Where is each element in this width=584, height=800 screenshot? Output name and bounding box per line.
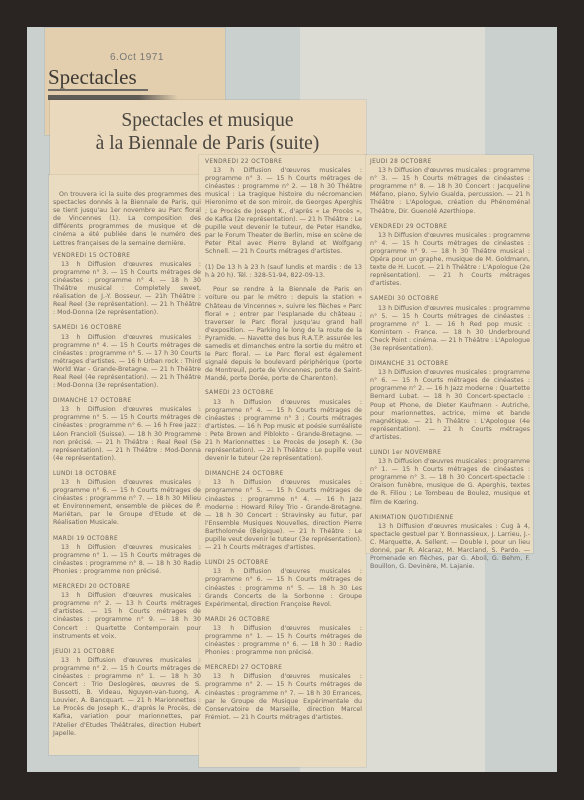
day-program: 13 h Diffusion d'œuvres musicales : prog… — [205, 167, 362, 256]
day-program: 13 h Diffusion d'œuvres musicales : prog… — [53, 479, 201, 528]
day-program: 13 h Diffusion d'œuvres musicales : prog… — [370, 369, 530, 442]
day-heading: ANIMATION QUOTIDIENNE — [370, 514, 530, 522]
title-line-1: Spectacles et musique — [55, 109, 360, 132]
day-program: 13 h Diffusion d'œuvres musicales : prog… — [205, 479, 362, 552]
day-program: 13 h Diffusion d'œuvres musicales : prog… — [53, 544, 201, 576]
day-heading: MARDI 19 OCTOBRE — [53, 535, 201, 543]
day-heading: MERCREDI 27 OCTOBRE — [205, 664, 362, 672]
column-3-schedule: JEUDI 28 OCTOBRE13 h Diffusion d'œuvres … — [370, 158, 530, 571]
day-program: 13 h Diffusion d'œuvres musicales : prog… — [53, 261, 201, 318]
column-1: On trouvera ici la suite des programmes … — [53, 191, 201, 738]
article-title: Spectacles et musique à la Biennale de P… — [55, 109, 360, 155]
day-heading: VENDREDI 29 OCTOBRE — [370, 223, 530, 231]
day-heading: VENDREDI 15 OCTOBRE — [53, 252, 201, 260]
day-program: 13 h Diffusion d'œuvres musicales : prog… — [53, 592, 201, 641]
day-program: 13 h Diffusion d'œuvres musicales : prog… — [370, 305, 530, 354]
day-heading: DIMANCHE 17 OCTOBRE — [53, 397, 201, 405]
day-program: 13 h Diffusion d'œuvres musicales : prog… — [205, 399, 362, 464]
day-program: 13 h Diffusion d'œuvres musicales : prog… — [370, 232, 530, 289]
day-heading: SAMEDI 30 OCTOBRE — [370, 295, 530, 303]
section-heading: Spectacles — [48, 65, 137, 90]
directions-paragraph: Pour se rendre à la Biennale de Paris en… — [205, 286, 362, 383]
day-program: 13 h Diffusion d'œuvres musicales : prog… — [370, 167, 530, 216]
day-heading: VENDREDI 22 OCTOBRE — [205, 158, 362, 166]
day-program: 13 h Diffusion d'œuvres musicales : Cug … — [370, 523, 530, 572]
title-line-2: à la Biennale de Paris (suite) — [55, 132, 360, 155]
column-2b-schedule: SAMEDI 23 OCTOBRE13 h Diffusion d'œuvres… — [205, 389, 362, 721]
footnote: (1) De 13 h à 23 h (sauf lundis et mardi… — [205, 264, 362, 280]
column-3: JEUDI 28 OCTOBRE13 h Diffusion d'œuvres … — [370, 158, 530, 571]
day-heading: DIMANCHE 31 OCTOBRE — [370, 360, 530, 368]
heading-rule — [48, 89, 148, 91]
column-2: VENDREDI 22 OCTOBRE13 h Diffusion d'œuvr… — [205, 158, 362, 722]
intro-paragraph: On trouvera ici la suite des programmes … — [53, 191, 201, 248]
date-stamp: 6.Oct 1971 — [110, 52, 164, 63]
day-heading: SAMEDI 23 OCTOBRE — [205, 389, 362, 397]
day-heading: SAMEDI 16 OCTOBRE — [53, 324, 201, 332]
day-program: 13 h Diffusion d'œuvres musicales : prog… — [53, 334, 201, 391]
day-program: 13 h Diffusion d'œuvres musicales : prog… — [53, 406, 201, 463]
day-program: 13 h Diffusion d'œuvres musicales : prog… — [53, 657, 201, 738]
column-1-schedule: VENDREDI 15 OCTOBRE13 h Diffusion d'œuvr… — [53, 252, 201, 738]
day-program: 13 h Diffusion d'œuvres musicales : prog… — [205, 568, 362, 608]
day-heading: MERCREDI 20 OCTOBRE — [53, 583, 201, 591]
day-heading: MARDI 26 OCTOBRE — [205, 616, 362, 624]
day-program: 13 h Diffusion d'œuvres musicales : prog… — [205, 673, 362, 722]
day-heading: JEUDI 21 OCTOBRE — [53, 648, 201, 656]
day-heading: JEUDI 28 OCTOBRE — [370, 158, 530, 166]
day-program: 13 h Diffusion d'œuvres musicales : prog… — [205, 625, 362, 657]
day-heading: LUNDI 1er NOVEMBRE — [370, 449, 530, 457]
column-2-schedule: VENDREDI 22 OCTOBRE13 h Diffusion d'œuvr… — [205, 158, 362, 256]
day-heading: LUNDI 25 OCTOBRE — [205, 559, 362, 567]
day-heading: DIMANCHE 24 OCTOBRE — [205, 470, 362, 478]
day-program: 13 h Diffusion d'œuvres musicales : prog… — [370, 458, 530, 507]
day-heading: LUNDI 18 OCTOBRE — [53, 470, 201, 478]
